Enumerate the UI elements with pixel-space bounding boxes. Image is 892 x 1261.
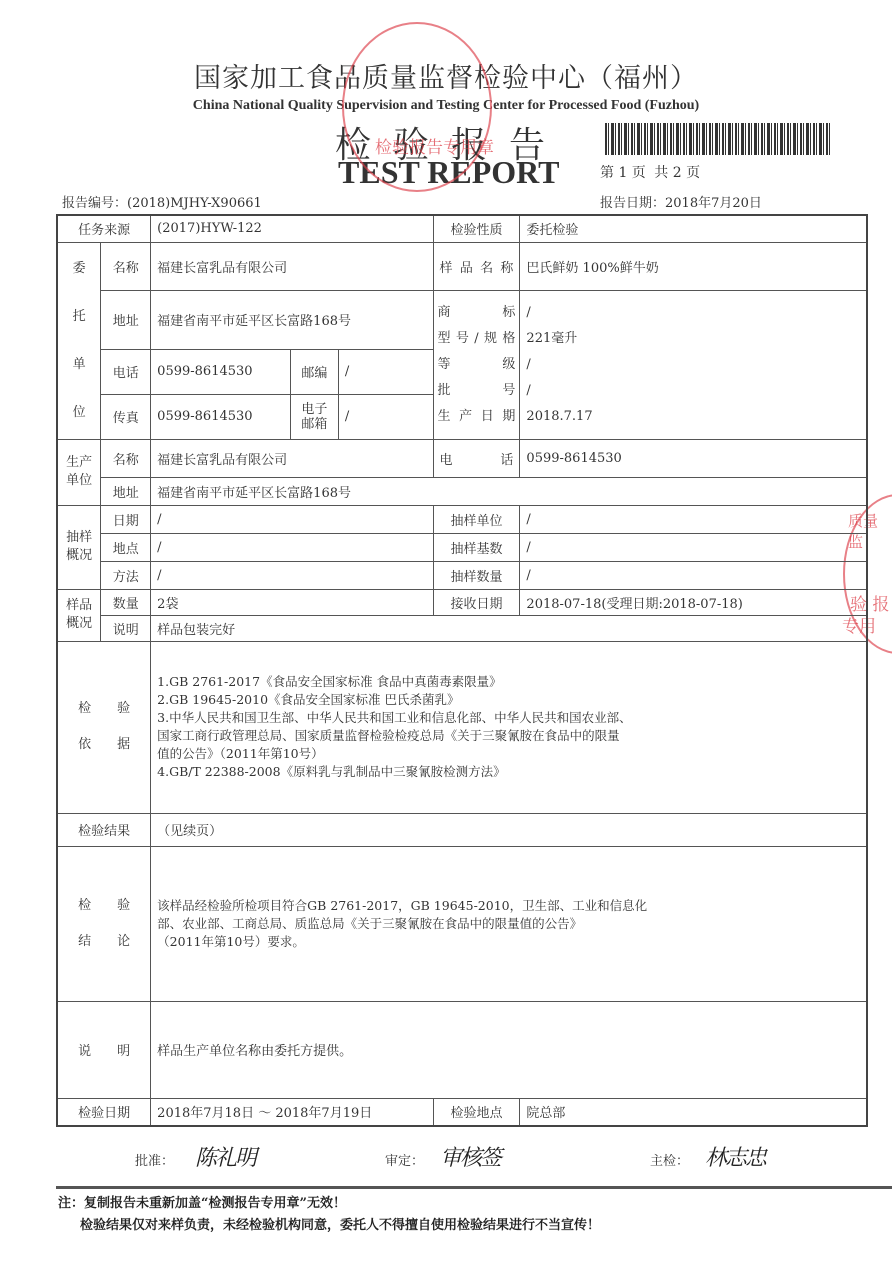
sample-name-value: 巴氏鲜奶 100%鲜牛奶 — [520, 242, 867, 290]
row-task-source: 任务来源 (2017)HYW-122 检验性质 委托检验 — [57, 215, 867, 242]
sampling-base-label: 抽样基数 — [433, 533, 520, 561]
basis-line: 2.GB 19645-2010《食品安全国家标准 巴氏杀菌乳》 — [157, 691, 860, 709]
producer-address-label: 地址 — [101, 477, 151, 505]
client-fax-label: 传真 — [101, 394, 151, 439]
producer-name-value: 福建长富乳品有限公司 — [151, 439, 433, 477]
basis-line: 4.GB/T 22388-2008《原料乳与乳制品中三聚氰胺检测方法》 — [157, 763, 860, 781]
trademark-value: / — [526, 300, 860, 326]
page-info: 第 1 页 共 2 页 — [600, 162, 704, 182]
sample-qty-value: 2袋 — [151, 589, 433, 615]
sampling-method-value: / — [151, 561, 433, 589]
footer-note: 注：复制报告未重新加盖“检测报告专用章”无效！ 检验结果仅对来样负责，未经检验机… — [58, 1193, 600, 1237]
inspection-location-value: 院总部 — [520, 1098, 867, 1126]
sampling-qty-label: 抽样数量 — [433, 561, 520, 589]
producer-phone-value: 0599-8614530 — [520, 439, 867, 477]
grade-value: / — [526, 352, 860, 378]
basis-line: 值的公告》（2011年第10号） — [157, 745, 860, 763]
sampling-unit-label: 抽样单位 — [433, 505, 520, 533]
review-label: 审定： — [385, 1150, 424, 1169]
client-address-label: 地址 — [101, 290, 151, 349]
sampling-place-label: 地点 — [101, 533, 151, 561]
sampling-qty-value: / — [520, 561, 867, 589]
receive-date-value: 2018-07-18(受理日期:2018-07-18) — [520, 589, 867, 615]
conclusion-label: 检 验 结 论 — [57, 846, 151, 1001]
report-table: 任务来源 (2017)HYW-122 检验性质 委托检验 委 托 单 位 名称 … — [56, 214, 868, 1127]
page-current: 第 1 页 — [600, 165, 646, 181]
sampling-date-label: 日期 — [101, 505, 151, 533]
inspection-type-label: 检验性质 — [433, 215, 520, 242]
result-value: （见续页） — [151, 813, 867, 846]
task-source-label: 任务来源 — [57, 215, 151, 242]
sample-desc-value: 样品包装完好 — [151, 615, 867, 641]
footer-divider — [56, 1186, 892, 1189]
sample-overview-group-label: 样品 概况 — [57, 589, 101, 641]
org-name-en: China National Quality Supervision and T… — [0, 98, 892, 114]
sample-attr-labels: 商 标 型号/规格 等 级 批 号 生产日期 — [433, 290, 520, 439]
review-signature: 审核签 — [440, 1141, 500, 1172]
production-date-value: 2018.7.17 — [526, 404, 860, 430]
note-line-1: 注：复制报告未重新加盖“检测报告专用章”无效！ — [58, 1193, 600, 1215]
report-number: 报告编号：(2018)MJHY-X90661 — [62, 192, 262, 211]
inspection-date-value: 2018年7月18日 ～ 2018年7月19日 — [151, 1098, 433, 1126]
barcode-icon — [605, 123, 830, 155]
client-name-label: 名称 — [101, 242, 151, 290]
basis-line: 3.中华人民共和国卫生部、中华人民共和国工业和信息化部、中华人民共和国农业部、 — [157, 709, 860, 727]
email-label: 电子 邮箱 — [290, 394, 338, 439]
client-phone-value: 0599-8614530 — [151, 349, 291, 394]
producer-group-label: 生产 单位 — [57, 439, 101, 505]
remark-label: 说 明 — [57, 1001, 151, 1098]
basis-list: 1.GB 2761-2017《食品安全国家标准 食品中真菌毒素限量》 2.GB … — [151, 641, 867, 813]
inspector-signature: 林志忠 — [705, 1141, 765, 1172]
sample-qty-label: 数量 — [101, 589, 151, 615]
org-name-cn: 国家加工食品质量监督检验中心（福州） — [0, 56, 892, 95]
approve-label: 批准： — [135, 1150, 174, 1169]
sampling-base-value: / — [520, 533, 867, 561]
conclusion-text: 该样品经检验所检项目符合GB 2761-2017，GB 19645-2010，卫… — [151, 846, 867, 1001]
email-value: / — [338, 394, 433, 439]
sample-attr-values: / 221毫升 / / 2018.7.17 — [520, 290, 867, 439]
client-phone-label: 电话 — [101, 349, 151, 394]
inspection-location-label: 检验地点 — [433, 1098, 520, 1126]
sampling-group-label: 抽样 概况 — [57, 505, 101, 589]
sample-name-label: 样品名称 — [433, 242, 520, 290]
producer-phone-label: 电 话 — [433, 439, 520, 477]
task-source-value: (2017)HYW-122 — [151, 215, 433, 242]
approve-signature: 陈礼明 — [195, 1141, 255, 1172]
sampling-method-label: 方法 — [101, 561, 151, 589]
sampling-date-value: / — [151, 505, 433, 533]
batch-value: / — [526, 378, 860, 404]
remark-value: 样品生产单位名称由委托方提供。 — [151, 1001, 867, 1098]
inspection-date-label: 检验日期 — [57, 1098, 151, 1126]
client-group-label: 委 托 单 位 — [57, 242, 101, 439]
model-value: 221毫升 — [526, 326, 860, 352]
page-total: 共 2 页 — [654, 165, 700, 181]
basis-label: 检 验 依 据 — [57, 641, 151, 813]
postcode-value: / — [338, 349, 433, 394]
basis-line: 1.GB 2761-2017《食品安全国家标准 食品中真菌毒素限量》 — [157, 673, 860, 691]
receive-date-label: 接收日期 — [433, 589, 520, 615]
report-title-en: TEST REPORT — [338, 154, 559, 191]
sampling-place-value: / — [151, 533, 433, 561]
basis-line: 国家工商行政管理总局、国家质量监督检验检疫总局《关于三聚氰胺在食品中的限量 — [157, 727, 860, 745]
client-name-value: 福建长富乳品有限公司 — [151, 242, 433, 290]
inspector-label: 主检： — [650, 1150, 689, 1169]
producer-name-label: 名称 — [101, 439, 151, 477]
note-line-2: 检验结果仅对来样负责，未经检验机构同意，委托人不得擅自使用检验结果进行不当宣传！ — [58, 1215, 600, 1237]
sample-desc-label: 说明 — [101, 615, 151, 641]
postcode-label: 邮编 — [290, 349, 338, 394]
producer-address-value: 福建省南平市延平区长富路168号 — [151, 477, 867, 505]
inspection-type-value: 委托检验 — [520, 215, 867, 242]
result-label: 检验结果 — [57, 813, 151, 846]
client-fax-value: 0599-8614530 — [151, 394, 291, 439]
report-date: 报告日期：2018年7月20日 — [600, 192, 762, 211]
sampling-unit-value: / — [520, 505, 867, 533]
client-address-value: 福建省南平市延平区长富路168号 — [151, 290, 433, 349]
